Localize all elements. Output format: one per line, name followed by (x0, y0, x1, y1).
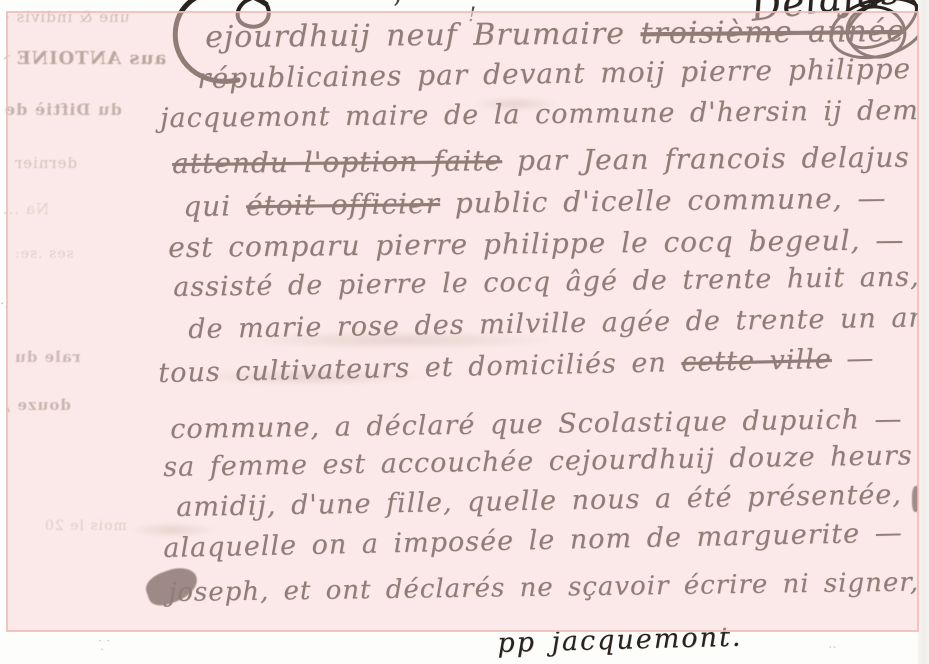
ink-speck: ·· (828, 640, 837, 656)
manuscript-text: ejourdhuij neuf Brumaire (205, 16, 641, 55)
manuscript-text-line: est comparu pierre philippe le cocq bege… (168, 223, 905, 264)
manuscript-text-line: qui étoit officier public d'icelle commu… (183, 181, 887, 223)
manuscript-text: public d'icelle commune, — (440, 181, 887, 219)
manuscript-text: qui (183, 189, 246, 223)
manuscript-text: est comparu pierre philippe le cocq bege… (168, 223, 905, 264)
manuscript-text-line: attendu l'option faite par Jean francois… (172, 140, 929, 180)
manuscript-text-line: alaquelle on a imposée le nom de marguer… (163, 518, 903, 564)
manuscript-text: de marie rose des milville agée de trent… (188, 302, 929, 345)
manuscript-text: alaquelle on a imposée le nom de marguer… (163, 518, 903, 564)
manuscript-text-line: de marie rose des milville agée de trent… (188, 302, 929, 345)
manuscript-text: commune, a déclaré que Scolastique dupui… (170, 404, 903, 445)
struck-through-text: étoit officier (246, 187, 440, 222)
manuscript-text-line: commune, a déclaré que Scolastique dupui… (170, 404, 903, 445)
bleedthrough-mirrored-text: dernier (14, 154, 77, 172)
manuscript-text: joseph, et ont déclarés ne sçavoir écrir… (168, 568, 919, 608)
bleedthrough-mirrored-text: du Diftiè de (4, 100, 122, 119)
ink-speck: ! (468, 2, 476, 26)
struck-through-text: attendu l'option faite (172, 144, 502, 180)
ink-speck: ·: (0, 296, 9, 312)
ink-speck: ʼ (392, 0, 400, 26)
manuscript-text-line: tous cultivateurs et domiciliés en cette… (158, 343, 875, 389)
bleedthrough-mirrored-text: ses .se: (14, 246, 74, 262)
manuscript-text-line: ejourdhuij neuf Brumaire troisième année… (205, 13, 929, 55)
manuscript-text: par Jean francois delajus — (502, 140, 929, 177)
officiant-signature: pp jacquemont. (497, 622, 743, 659)
bleedthrough-mirrored-text: une & indivis · (4, 8, 129, 26)
manuscript-text: amidij, d'une fille, quelle nous a été p… (176, 479, 929, 523)
bleedthrough-mirrored-text: aus ANTOINE (16, 48, 166, 69)
ink-speck: ˏ (2, 26, 12, 61)
manuscript-text-line: sa femme est accouchée cejourdhuij douze… (163, 440, 913, 483)
manuscript-text: républicaines par devant moij pierre phi… (197, 51, 929, 95)
manuscript-text: sa femme est accouchée cejourdhuij douze… (163, 440, 913, 483)
bleedthrough-mirrored-text: mois le 20 (44, 518, 127, 534)
manuscript-text: — (831, 343, 874, 375)
struck-through-text: cette ville (681, 344, 832, 378)
manuscript-text: assisté de pierre le cocq âgé de trente … (173, 261, 929, 303)
struck-through-text: troisième année (640, 14, 905, 51)
bleedthrough-mirrored-text: douze , (4, 396, 71, 414)
manuscript-text-line: républicaines par devant moij pierre phi… (197, 51, 929, 95)
manuscript-text-line: amidij, d'une fille, quelle nous a été p… (176, 479, 929, 523)
ink-speck: ⸪ (96, 636, 107, 655)
bleedthrough-mirrored-text: rale du (14, 348, 80, 366)
manuscript-text: tous cultivateurs et domiciliés en (158, 347, 682, 389)
page-edge-strip (918, 0, 929, 664)
manuscript-text-line: assisté de pierre le cocq âgé de trente … (173, 261, 929, 303)
manuscript-text-line: joseph, et ont déclarés ne sçavoir écrir… (168, 568, 919, 608)
scanned-register-page: une & indivis ·aus ANTOINEdu Diftiè dede… (0, 0, 929, 664)
bleedthrough-mirrored-text: Na ... (2, 200, 49, 218)
